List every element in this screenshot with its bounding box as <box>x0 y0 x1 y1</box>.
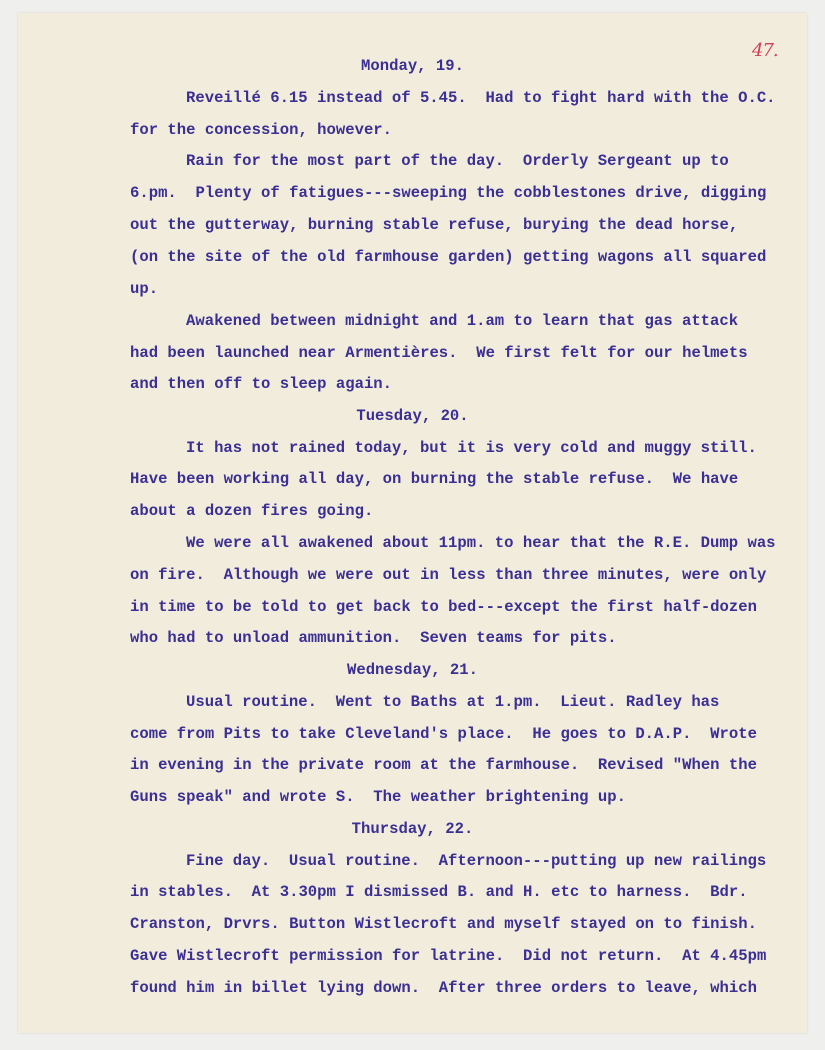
paragraph-line: who had to unload ammunition. Seven team… <box>130 628 617 648</box>
paragraph-line: We were all awakened about 11pm. to hear… <box>186 533 776 553</box>
date-heading-monday: Monday, 19. <box>0 56 825 76</box>
paragraph-line: 6.pm. Plenty of fatigues---sweeping the … <box>130 183 766 203</box>
paragraph-line: Rain for the most part of the day. Order… <box>186 151 729 171</box>
paragraph-line: and then off to sleep again. <box>130 374 392 394</box>
paragraph-line: come from Pits to take Cleveland's place… <box>130 724 757 744</box>
paragraph-line: up. <box>130 279 158 299</box>
paragraph-line: about a dozen fires going. <box>130 501 373 521</box>
paragraph-line: had been launched near Armentières. We f… <box>130 343 748 363</box>
date-heading-tuesday: Tuesday, 20. <box>0 406 825 426</box>
paragraph-line: Have been working all day, on burning th… <box>130 469 738 489</box>
paragraph-line: out the gutterway, burning stable refuse… <box>130 215 738 235</box>
date-heading-thursday: Thursday, 22. <box>0 819 825 839</box>
paragraph-line: Reveillé 6.15 instead of 5.45. Had to fi… <box>186 88 776 108</box>
paragraph-line: (on the site of the old farmhouse garden… <box>130 247 766 267</box>
date-heading-wednesday: Wednesday, 21. <box>0 660 825 680</box>
paragraph-line: Usual routine. Went to Baths at 1.pm. Li… <box>186 692 719 712</box>
paragraph-line: Gave Wistlecroft permission for latrine.… <box>130 946 766 966</box>
paragraph-line: in time to be told to get back to bed---… <box>130 597 757 617</box>
paragraph-line: Awakened between midnight and 1.am to le… <box>186 311 738 331</box>
paragraph-line: for the concession, however. <box>130 120 392 140</box>
paragraph-line: in stables. At 3.30pm I dismissed B. and… <box>130 882 748 902</box>
paragraph-line: in evening in the private room at the fa… <box>130 755 757 775</box>
paragraph-line: on fire. Although we were out in less th… <box>130 565 766 585</box>
paragraph-line: Fine day. Usual routine. Afternoon---put… <box>186 851 766 871</box>
paragraph-line: Guns speak" and wrote S. The weather bri… <box>130 787 626 807</box>
paragraph-line: Cranston, Drvrs. Button Wistlecroft and … <box>130 914 757 934</box>
paragraph-line: found him in billet lying down. After th… <box>130 978 757 998</box>
paragraph-line: It has not rained today, but it is very … <box>186 438 757 458</box>
